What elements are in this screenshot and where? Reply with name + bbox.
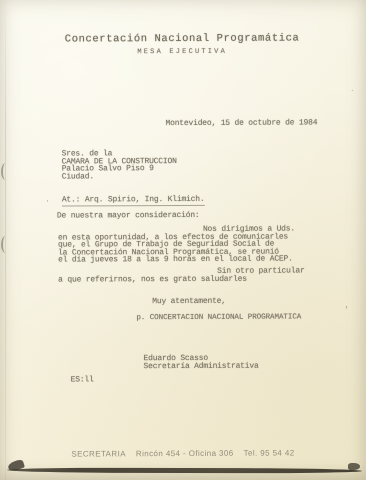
letterhead-org-title: Concertación Nacional Programática (0, 35, 365, 44)
signer-block: Eduardo Scasso Secretaría Administrativa (144, 355, 259, 372)
footer-address: Rincón 454 - Oficina 306 (136, 449, 234, 459)
footer-phone: Tel. 95 54 42 (244, 448, 295, 457)
recipient-block: Sres. de la CAMARA DE LA CONSTRUCCION Pa… (62, 150, 177, 181)
letterhead-division: MESA EJECUTIVA (0, 48, 365, 57)
salutation: De nuestra mayor consideración: (57, 212, 200, 220)
footer-label: SECRETARIA (71, 449, 126, 458)
dateline: Montevideo, 15 de octubre de 1984 (165, 119, 317, 127)
scanned-letter-page: Concertación Nacional Programática MESA … (0, 0, 366, 480)
signoff: Muy atentamente, (152, 298, 226, 306)
letter-content: Concertación Nacional Programática MESA … (0, 0, 366, 480)
attention-text: At.: Arq. Spirio, Ing. Klimich. (62, 195, 205, 206)
scan-artifact: ' (344, 306, 349, 315)
scan-artifact: · (45, 197, 50, 206)
scan-artifact (1, 163, 10, 180)
recipient-line: Ciudad. (62, 173, 177, 181)
body-line: el día jueves 18 a las 9 horas en el loc… (58, 256, 293, 264)
closing-line: a que referirnos, nos es grato saludarle… (58, 276, 247, 284)
body-paragraph: en esta oportunidad, a los efectos de co… (58, 234, 293, 265)
attention-line: At.: Arq. Spirio, Ing. Klimich. (62, 196, 205, 204)
scan-artifact (348, 463, 360, 470)
reference-initials: ES:ll (71, 376, 94, 384)
signature-organization: p. CONCERTACION NACIONAL PROGRAMATICA (136, 314, 301, 322)
printed-footer: SECRETARIA Rincón 454 - Oficina 306 Tel.… (0, 448, 366, 459)
scan-artifact: ` (350, 90, 355, 99)
scan-artifact (1, 236, 10, 253)
signer-title: Secretaría Administrativa (144, 363, 259, 372)
